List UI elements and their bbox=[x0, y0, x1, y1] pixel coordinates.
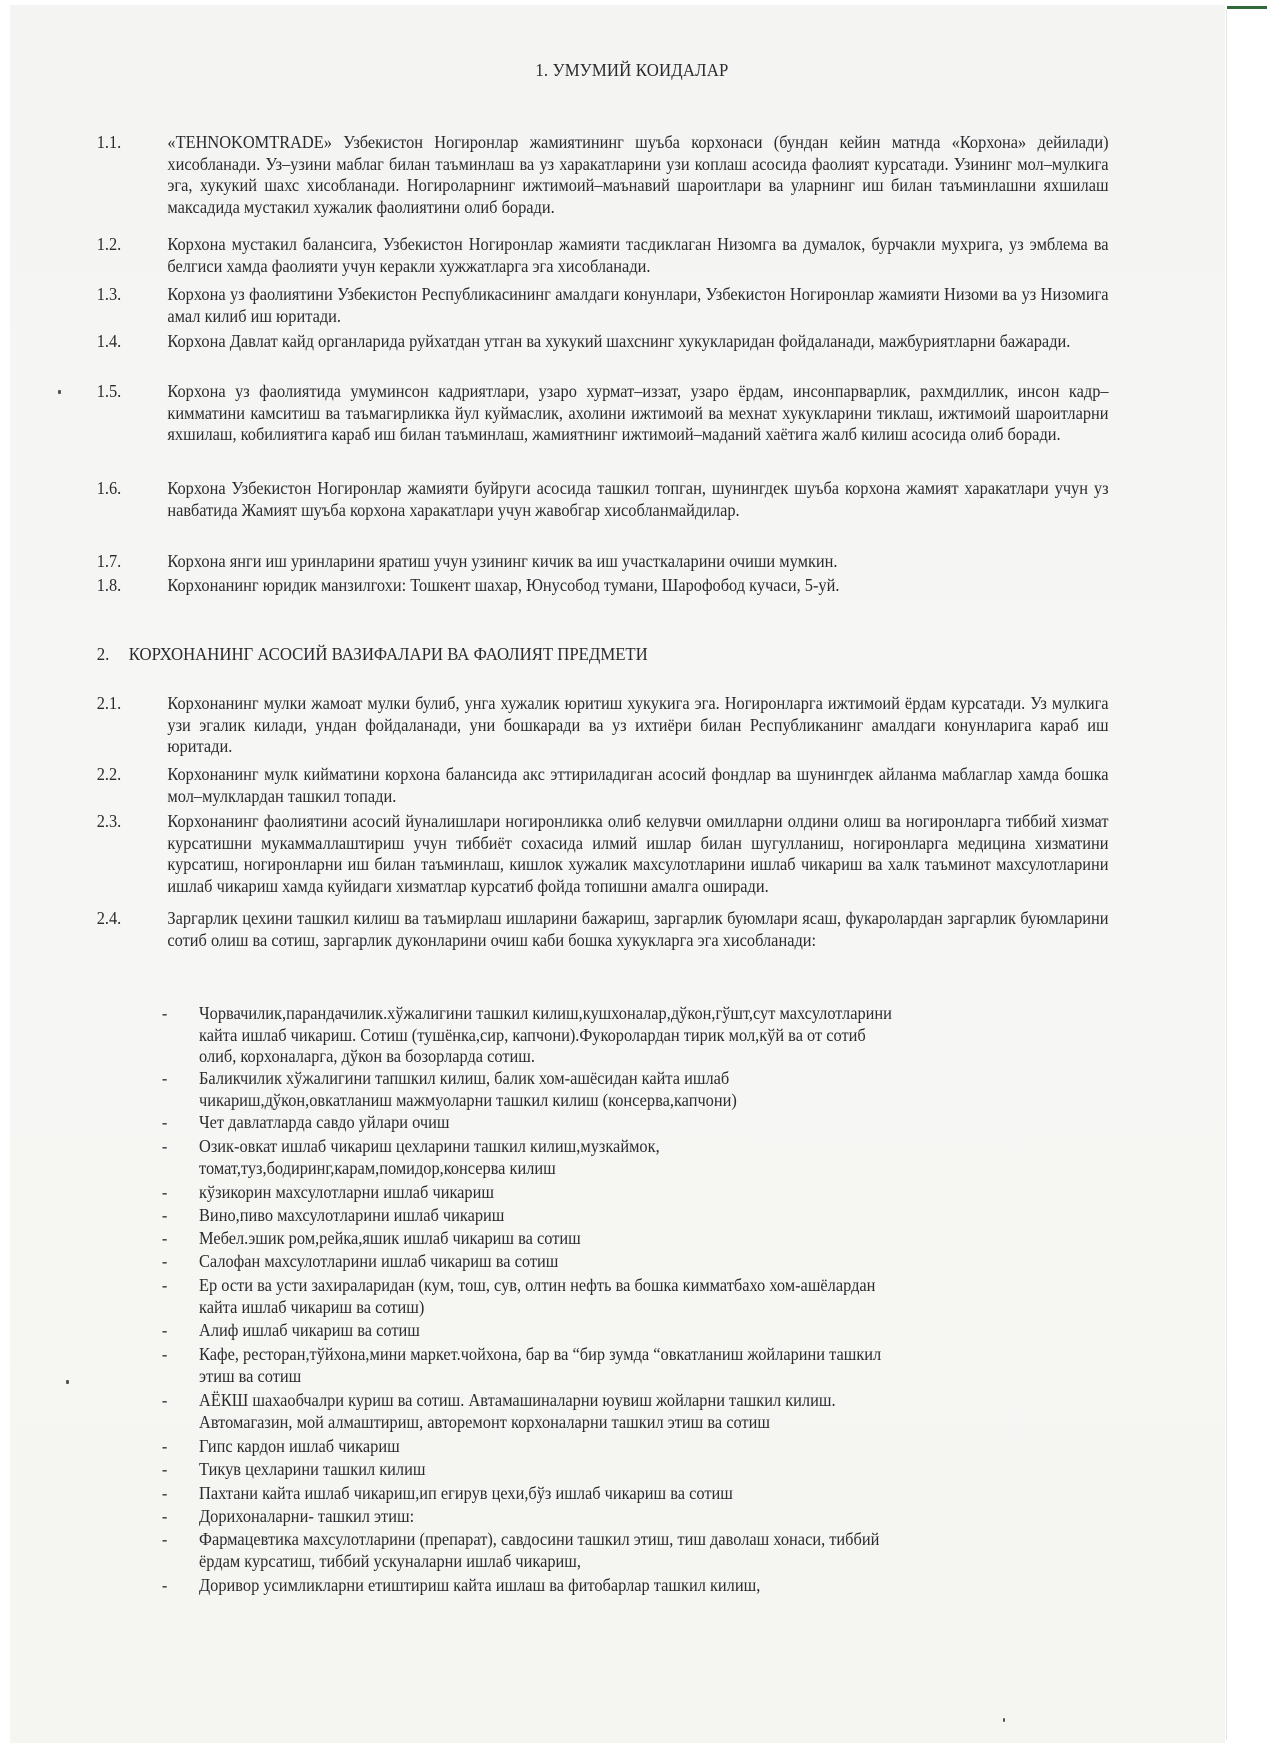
list-item-line: АЁКШ шахаобчалри куриш ва сотиш. Автамаш… bbox=[199, 1390, 1073, 1412]
clause-text: Корхонанинг мулк кийматини корхона балан… bbox=[167, 764, 1108, 807]
activity-list-item: -Салофан махсулотларини ишлаб чикариш ва… bbox=[162, 1251, 1185, 1273]
activity-list-item: -Тикув цехларини ташкил килиш bbox=[162, 1459, 1185, 1481]
list-item-line: Тикув цехларини ташкил килиш bbox=[199, 1459, 1073, 1481]
activity-list-item: -Дорихоналарни- ташкил этиш: bbox=[162, 1506, 1185, 1528]
clause-number: 1.1. bbox=[97, 132, 153, 154]
section-2-title: КОРХОНАНИНГ АСОСИЙ ВАЗИФАЛАРИ ВА ФАОЛИЯТ… bbox=[129, 644, 648, 664]
clause-item: 1.7.Корхона янги иш уринларини яратиш уч… bbox=[97, 551, 1187, 573]
scan-edge-mark bbox=[1227, 6, 1267, 9]
clause-item: 1.6.Корхона Узбекистон Ногиронлар жамият… bbox=[97, 478, 1187, 521]
clause-text: Корхона уз фаолиятини Узбекистон Республ… bbox=[167, 284, 1108, 327]
clause-text: Корхона уз фаолиятида умуминсон кадриятл… bbox=[167, 381, 1108, 446]
list-item-line: томат,туз,бодиринг,карам,помидор,консерв… bbox=[199, 1158, 1073, 1180]
activity-list-item: -Пахтани кайта ишлаб чикариш,ип егирув ц… bbox=[162, 1483, 1185, 1505]
activity-list-item: -Озик-овкат ишлаб чикариш цехларини ташк… bbox=[162, 1136, 1185, 1179]
clause-item: 2.1.Корхонанинг мулки жамоат мулки булиб… bbox=[97, 693, 1187, 758]
activity-list-item: -Баликчилик хўжалигини тапшкил килиш, ба… bbox=[162, 1068, 1185, 1111]
clause-number: 1.6. bbox=[97, 478, 153, 500]
clause-number: 1.7. bbox=[97, 551, 153, 573]
list-item-line: Салофан махсулотларини ишлаб чикариш ва … bbox=[199, 1251, 1073, 1273]
list-item-line: Озик-овкат ишлаб чикариш цехларини ташки… bbox=[199, 1136, 1073, 1158]
activity-list-item: -Чет давлатларда савдо уйлари очиш bbox=[162, 1112, 1185, 1134]
clause-item: 2.2.Корхонанинг мулк кийматини корхона б… bbox=[97, 764, 1187, 807]
list-dash: - bbox=[162, 1320, 167, 1342]
section-2-number: 2. bbox=[97, 644, 125, 666]
page-edge bbox=[1226, 10, 1227, 1740]
scan-speck bbox=[58, 390, 61, 394]
scan-speck bbox=[66, 1380, 69, 1384]
clause-number: 1.2. bbox=[97, 234, 153, 256]
clause-item: 2.4.Заргарлик цехини ташкил килиш ва таъ… bbox=[97, 908, 1187, 951]
list-dash: - bbox=[162, 1205, 167, 1227]
clause-text: Корхона Узбекистон Ногиронлар жамияти бу… bbox=[167, 478, 1108, 521]
activity-list-item: -Кафе, ресторан,тўйхона,мини маркет.чойх… bbox=[162, 1344, 1185, 1387]
clause-item: 1.3.Корхона уз фаолиятини Узбекистон Рес… bbox=[97, 284, 1187, 327]
list-item-line: ёрдам курсатиш, тиббий ускуналарни ишлаб… bbox=[199, 1551, 1073, 1573]
list-item-line: кайта ишлаб чикариш. Сотиш (тушёнка,сир,… bbox=[199, 1025, 1073, 1047]
list-dash: - bbox=[162, 1459, 167, 1481]
activity-list-item: -Мебел.эшик ром,рейка,яшик ишлаб чикариш… bbox=[162, 1228, 1185, 1250]
list-dash: - bbox=[162, 1228, 167, 1250]
list-item-line: Баликчилик хўжалигини тапшкил килиш, бал… bbox=[199, 1068, 1073, 1090]
list-item-line: Доривор усимликларни етиштириш кайта ишл… bbox=[199, 1575, 1073, 1597]
list-item-line: Пахтани кайта ишлаб чикариш,ип егирув це… bbox=[199, 1483, 1073, 1505]
list-dash: - bbox=[162, 1112, 167, 1134]
list-dash: - bbox=[162, 1575, 167, 1597]
clause-number: 1.5. bbox=[97, 381, 153, 403]
clause-number: 2.4. bbox=[97, 908, 153, 930]
clause-item: 2.3.Корхонанинг фаолиятини асосий йунали… bbox=[97, 811, 1187, 897]
section-1-heading: 1. УМУМИЙ КОИДАЛАР bbox=[0, 60, 1186, 82]
scan-speck bbox=[1003, 1718, 1005, 1722]
list-dash: - bbox=[162, 1390, 167, 1412]
list-dash: - bbox=[162, 1506, 167, 1528]
list-item-line: Автомагазин, мой алмаштириш, авторемонт … bbox=[199, 1412, 1073, 1434]
clause-item: 1.5.Корхона уз фаолиятида умуминсон кадр… bbox=[97, 381, 1187, 446]
list-dash: - bbox=[162, 1529, 167, 1551]
list-item-line: Мебел.эшик ром,рейка,яшик ишлаб чикариш … bbox=[199, 1228, 1073, 1250]
activity-list-item: -Чорвачилик,парандачилик.хўжалигини ташк… bbox=[162, 1003, 1185, 1068]
list-item-line: чикариш,дўкон,овкатланиш мажмуоларни таш… bbox=[199, 1090, 1073, 1112]
list-dash: - bbox=[162, 1275, 167, 1297]
clause-number: 1.3. bbox=[97, 284, 153, 306]
list-item-line: Чорвачилик,парандачилик.хўжалигини ташки… bbox=[199, 1003, 1073, 1025]
activity-list-item: -кўзикорин махсулотларни ишлаб чикариш bbox=[162, 1182, 1185, 1204]
activity-list-item: -Ер ости ва усти захираларидан (кум, тош… bbox=[162, 1275, 1185, 1318]
list-item-line: Ер ости ва усти захираларидан (кум, тош,… bbox=[199, 1275, 1073, 1297]
list-item-line: Кафе, ресторан,тўйхона,мини маркет.чойхо… bbox=[199, 1344, 1073, 1366]
activity-list-item: -Доривор усимликларни етиштириш кайта иш… bbox=[162, 1575, 1185, 1597]
clause-text: Корхонанинг юридик манзилгохи: Тошкент ш… bbox=[167, 575, 1108, 597]
clause-item: 1.4.Корхона Давлат кайд органларида руйх… bbox=[97, 331, 1187, 353]
clause-number: 1.4. bbox=[97, 331, 153, 353]
activity-list-item: -Алиф ишлаб чикариш ва сотиш bbox=[162, 1320, 1185, 1342]
activity-list-item: -Вино,пиво махсулотларини ишлаб чикариш bbox=[162, 1205, 1185, 1227]
list-dash: - bbox=[162, 1136, 167, 1158]
clause-text: Корхона янги иш уринларини яратиш учун у… bbox=[167, 551, 1108, 573]
clause-number: 1.8. bbox=[97, 575, 153, 597]
clause-text: Корхонанинг фаолиятини асосий йуналишлар… bbox=[167, 811, 1108, 897]
clause-text: Корхона Давлат кайд органларида руйхатда… bbox=[167, 331, 1108, 353]
clause-item: 1.8.Корхонанинг юридик манзилгохи: Тошке… bbox=[97, 575, 1187, 597]
list-item-line: Чет давлатларда савдо уйлари очиш bbox=[199, 1112, 1073, 1134]
list-dash: - bbox=[162, 1182, 167, 1204]
list-dash: - bbox=[162, 1251, 167, 1273]
clause-text: Корхонанинг мулки жамоат мулки булиб, ун… bbox=[167, 693, 1108, 758]
clause-number: 2.1. bbox=[97, 693, 153, 715]
clause-item: 1.2.Корхона мустакил балансига, Узбекист… bbox=[97, 234, 1187, 277]
clause-text: Корхона мустакил балансига, Узбекистон Н… bbox=[167, 234, 1108, 277]
list-item-line: этиш ва сотиш bbox=[199, 1366, 1073, 1388]
list-item-line: кўзикорин махсулотларни ишлаб чикариш bbox=[199, 1182, 1073, 1204]
clause-number: 2.2. bbox=[97, 764, 153, 786]
activity-list-item: -Фармацевтика махсулотларини (препарат),… bbox=[162, 1529, 1185, 1572]
list-dash: - bbox=[162, 1483, 167, 1505]
list-item-line: Вино,пиво махсулотларини ишлаб чикариш bbox=[199, 1205, 1073, 1227]
activity-list-item: -Гипс кардон ишлаб чикариш bbox=[162, 1436, 1185, 1458]
list-item-line: Гипс кардон ишлаб чикариш bbox=[199, 1436, 1073, 1458]
clause-number: 2.3. bbox=[97, 811, 153, 833]
list-item-line: олиб, корхоналарга, дўкон ва бозорларда … bbox=[199, 1046, 1073, 1068]
list-item-line: Алиф ишлаб чикариш ва сотиш bbox=[199, 1320, 1073, 1342]
list-item-line: Дорихоналарни- ташкил этиш: bbox=[199, 1506, 1073, 1528]
clause-text: «TEHNOKOMTRADE» Узбекистон Ногиронлар жа… bbox=[167, 132, 1108, 218]
section-2-heading: 2. КОРХОНАНИНГ АСОСИЙ ВАЗИФАЛАРИ ВА ФАОЛ… bbox=[97, 644, 648, 666]
clause-item: 1.1.«TEHNOKOMTRADE» Узбекистон Ногиронла… bbox=[97, 132, 1187, 218]
list-dash: - bbox=[162, 1436, 167, 1458]
activity-list-item: -АЁКШ шахаобчалри куриш ва сотиш. Автама… bbox=[162, 1390, 1185, 1433]
clause-text: Заргарлик цехини ташкил килиш ва таъмирл… bbox=[167, 908, 1108, 951]
list-dash: - bbox=[162, 1068, 167, 1090]
list-item-line: кайта ишлаб чикариш ва сотиш) bbox=[199, 1297, 1073, 1319]
list-item-line: Фармацевтика махсулотларини (препарат), … bbox=[199, 1529, 1073, 1551]
list-dash: - bbox=[162, 1344, 167, 1366]
list-dash: - bbox=[162, 1003, 167, 1025]
